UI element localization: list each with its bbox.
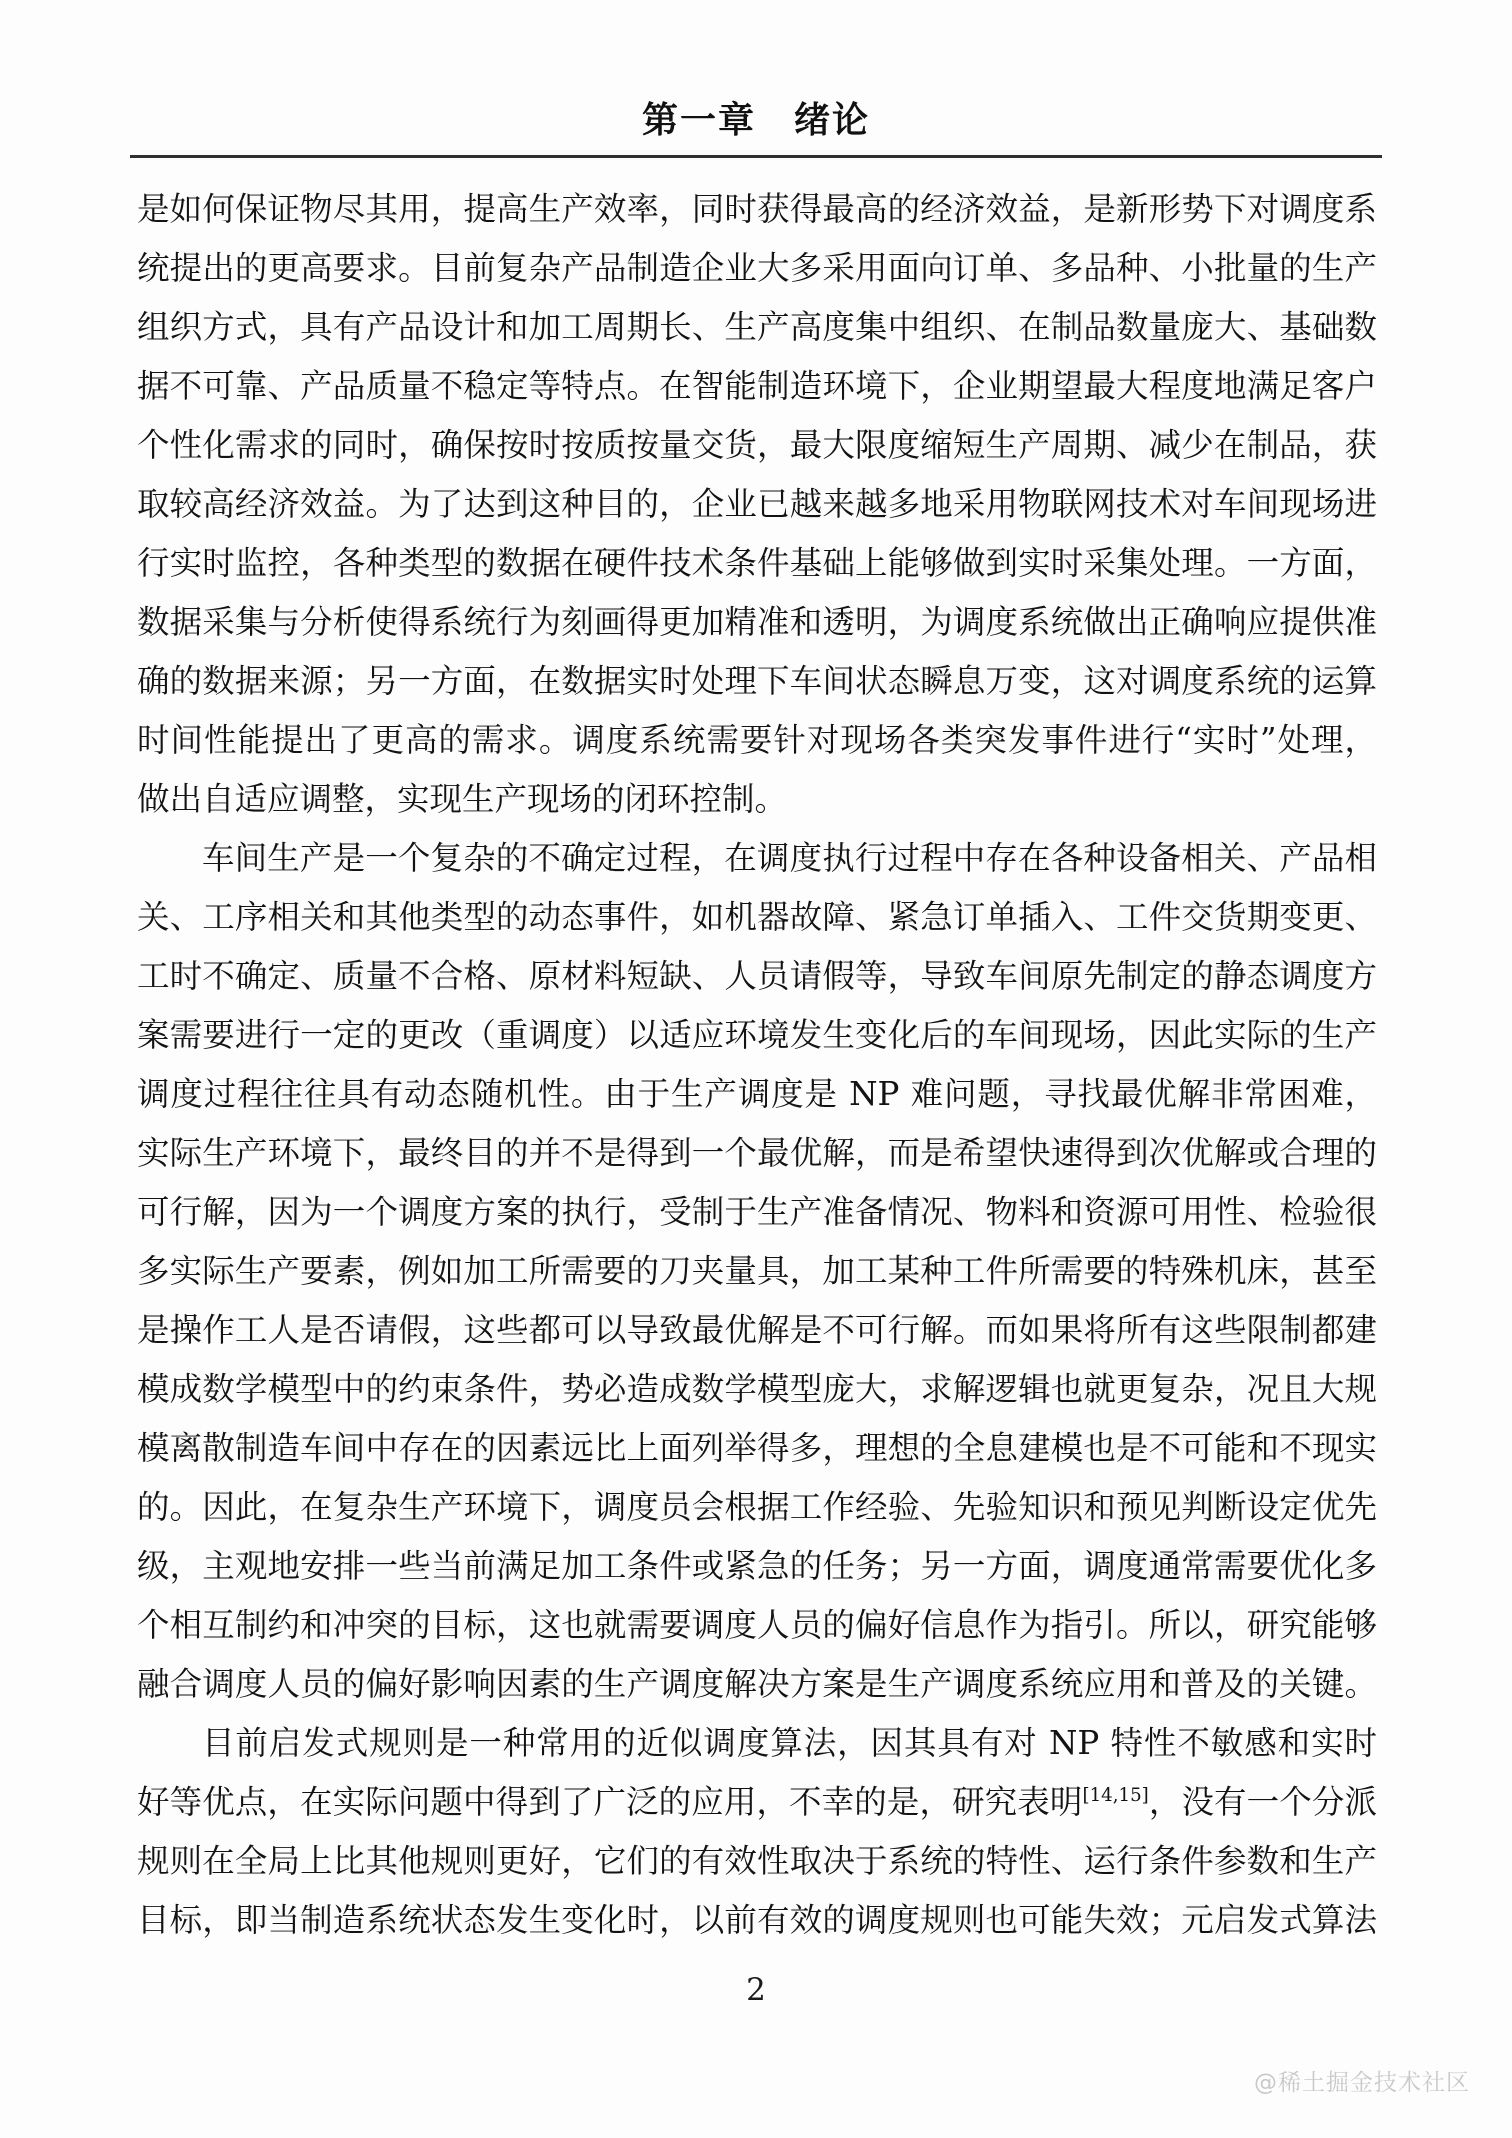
body-text: 是如何保证物尽其用，提高生产效率，同时获得最高的经济效益，是新形势下对调度系统提…: [137, 180, 1377, 1950]
text-line: 工时不确定、质量不合格、原材料短缺、人员请假等，导致车间原先制定的静态调度方: [137, 947, 1377, 1006]
chapter-title: 第一章 绪论: [0, 100, 1512, 142]
text-line: 统提出的更高要求。目前复杂产品制造企业大多采用面向订单、多品种、小批量的生产: [137, 239, 1377, 298]
text-line: 确的数据来源；另一方面，在数据实时处理下车间状态瞬息万变，这对调度系统的运算: [137, 652, 1377, 711]
text-line: 组织方式，具有产品设计和加工周期长、生产高度集中组织、在制品数量庞大、基础数: [137, 298, 1377, 357]
text-line: 好等优点，在实际问题中得到了广泛的应用，不幸的是，研究表明[14,15]，没有一…: [137, 1773, 1377, 1832]
text-line: 目前启发式规则是一种常用的近似调度算法，因其具有对 NP 特性不敏感和实时性: [137, 1714, 1377, 1773]
text-line: 模成数学模型中的约束条件，势必造成数学模型庞大，求解逻辑也就更复杂，况且大规: [137, 1360, 1377, 1419]
text-line: 个相互制约和冲突的目标，这也就需要调度人员的偏好信息作为指引。所以，研究能够: [137, 1596, 1377, 1655]
page-number: 2: [0, 1972, 1512, 2008]
paragraph: 是如何保证物尽其用，提高生产效率，同时获得最高的经济效益，是新形势下对调度系统提…: [137, 180, 1377, 829]
text-line: 时间性能提出了更高的需求。调度系统需要针对现场各类突发事件进行“实时”处理，: [137, 711, 1377, 770]
citation-superscript: [14,15]: [1082, 1785, 1148, 1806]
watermark: @稀土掘金技术社区: [1254, 2070, 1470, 2096]
text-line: 数据采集与分析使得系统行为刻画得更加精准和透明，为调度系统做出正确响应提供准: [137, 593, 1377, 652]
text-line: 融合调度人员的偏好影响因素的生产调度解决方案是生产调度系统应用和普及的关键。: [137, 1655, 1377, 1714]
paragraph: 车间生产是一个复杂的不确定过程，在调度执行过程中存在各种设备相关、产品相关、工序…: [137, 829, 1377, 1714]
document-page: 第一章 绪论 是如何保证物尽其用，提高生产效率，同时获得最高的经济效益，是新形势…: [0, 0, 1512, 2138]
text-line: 案需要进行一定的更改（重调度）以适应环境发生变化后的车间现场，因此实际的生产: [137, 1006, 1377, 1065]
text-line: 车间生产是一个复杂的不确定过程，在调度执行过程中存在各种设备相关、产品相: [137, 829, 1377, 888]
text-line: 调度过程往往具有动态随机性。由于生产调度是 NP 难问题，寻找最优解非常困难，在: [137, 1065, 1377, 1124]
text-line: 多实际生产要素，例如加工所需要的刀夹量具，加工某种工件所需要的特殊机床，甚至: [137, 1242, 1377, 1301]
text-line: 可行解，因为一个调度方案的执行，受制于生产准备情况、物料和资源可用性、检验很: [137, 1183, 1377, 1242]
text-line: 关、工序相关和其他类型的动态事件，如机器故障、紧急订单插入、工件交货期变更、: [137, 888, 1377, 947]
text-line: 的。因此，在复杂生产环境下，调度员会根据工作经验、先验知识和预见判断设定优先: [137, 1478, 1377, 1537]
text-line: 取较高经济效益。为了达到这种目的，企业已越来越多地采用物联网技术对车间现场进: [137, 475, 1377, 534]
text-line: 目标，即当制造系统状态发生变化时，以前有效的调度规则也可能失效；元启发式算法: [137, 1891, 1377, 1950]
text-line: 级，主观地安排一些当前满足加工条件或紧急的任务；另一方面，调度通常需要优化多: [137, 1537, 1377, 1596]
text-line: 据不可靠、产品质量不稳定等特点。在智能制造环境下，企业期望最大程度地满足客户: [137, 357, 1377, 416]
text-line: 模离散制造车间中存在的因素远比上面列举得多，理想的全息建模也是不可能和不现实: [137, 1419, 1377, 1478]
text-line: 实际生产环境下，最终目的并不是得到一个最优解，而是希望快速得到次优解或合理的: [137, 1124, 1377, 1183]
header-divider-rule: [130, 155, 1382, 158]
text-line: 规则在全局上比其他规则更好，它们的有效性取决于系统的特性、运行条件参数和生产: [137, 1832, 1377, 1891]
text-line: 个性化需求的同时，确保按时按质按量交货，最大限度缩短生产周期、减少在制品，获: [137, 416, 1377, 475]
text-line: 行实时监控，各种类型的数据在硬件技术条件基础上能够做到实时采集处理。一方面，: [137, 534, 1377, 593]
text-line: 做出自适应调整，实现生产现场的闭环控制。: [137, 770, 1377, 829]
paragraph: 目前启发式规则是一种常用的近似调度算法，因其具有对 NP 特性不敏感和实时性好等…: [137, 1714, 1377, 1950]
text-line: 是如何保证物尽其用，提高生产效率，同时获得最高的经济效益，是新形势下对调度系: [137, 180, 1377, 239]
text-line: 是操作工人是否请假，这些都可以导致最优解是不可行解。而如果将所有这些限制都建: [137, 1301, 1377, 1360]
